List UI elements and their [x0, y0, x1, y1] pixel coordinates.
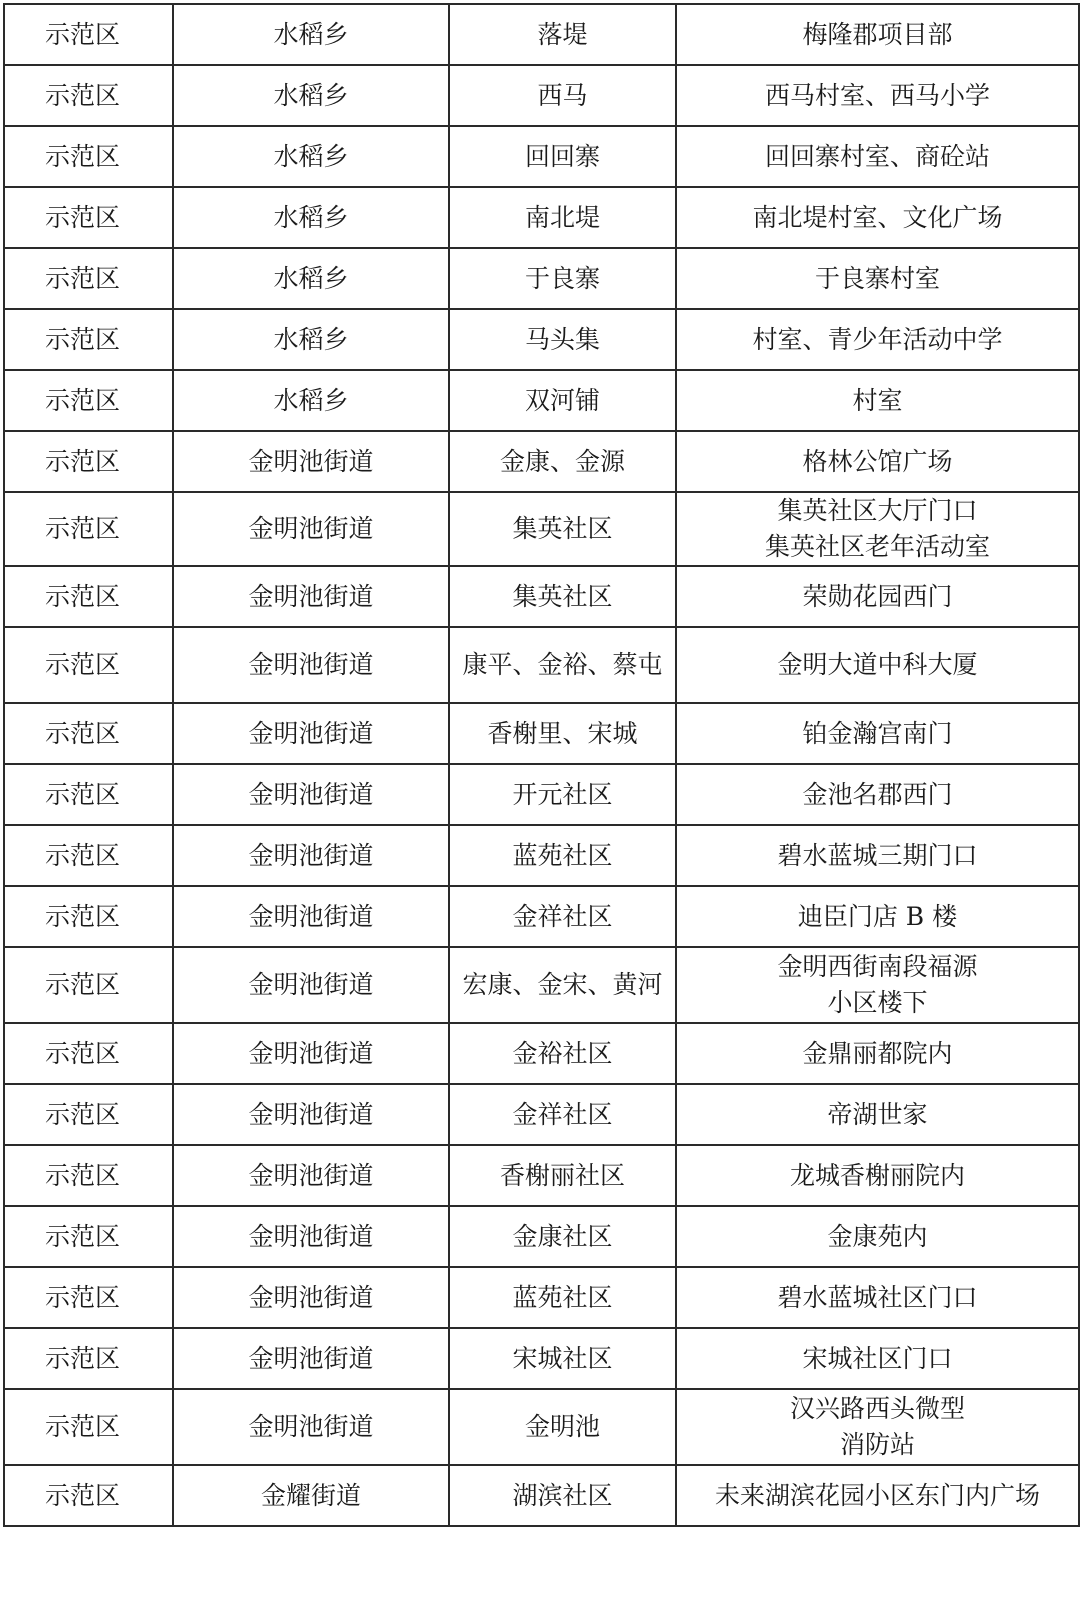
table-row: 示范区水稻乡西马西马村室、西马小学 — [4, 65, 1079, 126]
cell-village: 双河铺 — [449, 370, 676, 431]
cell-location: 金明大道中科大厦 — [676, 627, 1079, 703]
table-row: 示范区金明池街道宋城社区宋城社区门口 — [4, 1328, 1079, 1389]
cell-area: 示范区 — [4, 947, 173, 1023]
cell-area: 示范区 — [4, 492, 173, 566]
table-row: 示范区金明池街道宏康、金宋、黄河金明西街南段福源小区楼下 — [4, 947, 1079, 1023]
table-row: 示范区金耀街道湖滨社区未来湖滨花园小区东门内广场 — [4, 1465, 1079, 1526]
location-line: 金明西街南段福源 — [683, 949, 1072, 985]
cell-village: 于良寨 — [449, 248, 676, 309]
cell-location: 村室、青少年活动中学 — [676, 309, 1079, 370]
cell-town: 金明池街道 — [173, 825, 449, 886]
cell-village: 南北堤 — [449, 187, 676, 248]
cell-town: 金明池街道 — [173, 1023, 449, 1084]
table-row: 示范区金明池街道蓝苑社区碧水蓝城社区门口 — [4, 1267, 1079, 1328]
cell-village: 开元社区 — [449, 764, 676, 825]
cell-town: 金明池街道 — [173, 1084, 449, 1145]
table-row: 示范区金明池街道香榭里、宋城铂金瀚宫南门 — [4, 703, 1079, 764]
location-line: 帝湖世家 — [683, 1097, 1072, 1133]
cell-location: 金康苑内 — [676, 1206, 1079, 1267]
cell-area: 示范区 — [4, 370, 173, 431]
cell-location: 金鼎丽都院内 — [676, 1023, 1079, 1084]
table-body: 示范区水稻乡落堤梅隆郡项目部示范区水稻乡西马西马村室、西马小学示范区水稻乡回回寨… — [4, 4, 1079, 1526]
cell-town: 水稻乡 — [173, 65, 449, 126]
cell-area: 示范区 — [4, 1465, 173, 1526]
cell-town: 金明池街道 — [173, 1389, 449, 1465]
cell-location: 金明西街南段福源小区楼下 — [676, 947, 1079, 1023]
location-line: 回回寨村室、商砼站 — [683, 139, 1072, 175]
location-line: 金明大道中科大厦 — [683, 647, 1072, 683]
location-line: 西马村室、西马小学 — [683, 78, 1072, 114]
location-line: 格林公馆广场 — [683, 444, 1072, 480]
location-line: 迪臣门店 B 楼 — [683, 899, 1072, 935]
location-line: 金鼎丽都院内 — [683, 1036, 1072, 1072]
cell-town: 金明池街道 — [173, 492, 449, 566]
cell-town: 金明池街道 — [173, 1267, 449, 1328]
location-line: 村室、青少年活动中学 — [683, 322, 1072, 358]
cell-area: 示范区 — [4, 627, 173, 703]
table-row: 示范区金明池街道开元社区金池名郡西门 — [4, 764, 1079, 825]
cell-village: 蓝苑社区 — [449, 825, 676, 886]
table-row: 示范区金明池街道香榭丽社区龙城香榭丽院内 — [4, 1145, 1079, 1206]
cell-village: 集英社区 — [449, 566, 676, 627]
cell-town: 水稻乡 — [173, 370, 449, 431]
cell-area: 示范区 — [4, 187, 173, 248]
cell-location: 梅隆郡项目部 — [676, 4, 1079, 65]
cell-area: 示范区 — [4, 703, 173, 764]
cell-village: 回回寨 — [449, 126, 676, 187]
cell-location: 迪臣门店 B 楼 — [676, 886, 1079, 947]
cell-location: 帝湖世家 — [676, 1084, 1079, 1145]
cell-village: 金明池 — [449, 1389, 676, 1465]
cell-area: 示范区 — [4, 764, 173, 825]
location-line: 于良寨村室 — [683, 261, 1072, 297]
cell-location: 格林公馆广场 — [676, 431, 1079, 492]
cell-area: 示范区 — [4, 1328, 173, 1389]
cell-location: 未来湖滨花园小区东门内广场 — [676, 1465, 1079, 1526]
table-row: 示范区水稻乡落堤梅隆郡项目部 — [4, 4, 1079, 65]
table-row: 示范区水稻乡南北堤南北堤村室、文化广场 — [4, 187, 1079, 248]
cell-location: 龙城香榭丽院内 — [676, 1145, 1079, 1206]
cell-town: 金耀街道 — [173, 1465, 449, 1526]
cell-village: 金祥社区 — [449, 1084, 676, 1145]
location-line: 汉兴路西头微型 — [683, 1391, 1072, 1427]
location-line: 金康苑内 — [683, 1219, 1072, 1255]
cell-village: 西马 — [449, 65, 676, 126]
cell-location: 集英社区大厅门口集英社区老年活动室 — [676, 492, 1079, 566]
cell-town: 水稻乡 — [173, 187, 449, 248]
location-line: 村室 — [683, 383, 1072, 419]
cell-location: 回回寨村室、商砼站 — [676, 126, 1079, 187]
cell-location: 南北堤村室、文化广场 — [676, 187, 1079, 248]
table-row: 示范区金明池街道金祥社区帝湖世家 — [4, 1084, 1079, 1145]
cell-area: 示范区 — [4, 1206, 173, 1267]
location-line: 金池名郡西门 — [683, 777, 1072, 813]
cell-village: 马头集 — [449, 309, 676, 370]
cell-area: 示范区 — [4, 1084, 173, 1145]
cell-location: 荣勋花园西门 — [676, 566, 1079, 627]
table-row: 示范区金明池街道金明池汉兴路西头微型消防站 — [4, 1389, 1079, 1465]
cell-town: 水稻乡 — [173, 248, 449, 309]
cell-village: 香榭丽社区 — [449, 1145, 676, 1206]
cell-area: 示范区 — [4, 825, 173, 886]
cell-location: 西马村室、西马小学 — [676, 65, 1079, 126]
cell-area: 示范区 — [4, 1023, 173, 1084]
cell-village: 湖滨社区 — [449, 1465, 676, 1526]
cell-area: 示范区 — [4, 1267, 173, 1328]
table-row: 示范区水稻乡回回寨回回寨村室、商砼站 — [4, 126, 1079, 187]
location-line: 未来湖滨花园小区东门内广场 — [683, 1478, 1072, 1514]
location-line: 集英社区大厅门口 — [683, 493, 1072, 529]
table-row: 示范区金明池街道金康、金源格林公馆广场 — [4, 431, 1079, 492]
cell-village: 集英社区 — [449, 492, 676, 566]
location-line: 小区楼下 — [683, 985, 1072, 1021]
cell-town: 金明池街道 — [173, 1328, 449, 1389]
location-line: 集英社区老年活动室 — [683, 529, 1072, 565]
cell-town: 金明池街道 — [173, 627, 449, 703]
table-row: 示范区水稻乡马头集村室、青少年活动中学 — [4, 309, 1079, 370]
cell-village: 康平、金裕、蔡屯 — [449, 627, 676, 703]
cell-town: 水稻乡 — [173, 126, 449, 187]
cell-area: 示范区 — [4, 248, 173, 309]
location-line: 消防站 — [683, 1427, 1072, 1463]
cell-village: 香榭里、宋城 — [449, 703, 676, 764]
cell-town: 金明池街道 — [173, 703, 449, 764]
table-row: 示范区金明池街道集英社区荣勋花园西门 — [4, 566, 1079, 627]
location-line: 碧水蓝城社区门口 — [683, 1280, 1072, 1316]
cell-village: 落堤 — [449, 4, 676, 65]
cell-town: 金明池街道 — [173, 886, 449, 947]
location-line: 宋城社区门口 — [683, 1341, 1072, 1377]
cell-village: 金祥社区 — [449, 886, 676, 947]
cell-location: 宋城社区门口 — [676, 1328, 1079, 1389]
cell-location: 金池名郡西门 — [676, 764, 1079, 825]
location-line: 梅隆郡项目部 — [683, 17, 1072, 53]
cell-area: 示范区 — [4, 309, 173, 370]
cell-area: 示范区 — [4, 65, 173, 126]
cell-area: 示范区 — [4, 566, 173, 627]
cell-town: 金明池街道 — [173, 1206, 449, 1267]
location-line: 龙城香榭丽院内 — [683, 1158, 1072, 1194]
cell-village: 金裕社区 — [449, 1023, 676, 1084]
cell-village: 蓝苑社区 — [449, 1267, 676, 1328]
cell-location: 铂金瀚宫南门 — [676, 703, 1079, 764]
location-line: 荣勋花园西门 — [683, 579, 1072, 615]
cell-area: 示范区 — [4, 431, 173, 492]
cell-area: 示范区 — [4, 1145, 173, 1206]
cell-location: 汉兴路西头微型消防站 — [676, 1389, 1079, 1465]
cell-town: 水稻乡 — [173, 4, 449, 65]
cell-village: 宋城社区 — [449, 1328, 676, 1389]
cell-town: 水稻乡 — [173, 309, 449, 370]
cell-location: 碧水蓝城三期门口 — [676, 825, 1079, 886]
table-row: 示范区金明池街道金康社区金康苑内 — [4, 1206, 1079, 1267]
table-row: 示范区水稻乡于良寨于良寨村室 — [4, 248, 1079, 309]
cell-town: 金明池街道 — [173, 431, 449, 492]
location-line: 铂金瀚宫南门 — [683, 716, 1072, 752]
cell-village: 宏康、金宋、黄河 — [449, 947, 676, 1023]
cell-area: 示范区 — [4, 4, 173, 65]
cell-location: 于良寨村室 — [676, 248, 1079, 309]
cell-town: 金明池街道 — [173, 764, 449, 825]
table-row: 示范区金明池街道金祥社区迪臣门店 B 楼 — [4, 886, 1079, 947]
cell-town: 金明池街道 — [173, 947, 449, 1023]
location-line: 碧水蓝城三期门口 — [683, 838, 1072, 874]
cell-location: 村室 — [676, 370, 1079, 431]
location-table: 示范区水稻乡落堤梅隆郡项目部示范区水稻乡西马西马村室、西马小学示范区水稻乡回回寨… — [3, 3, 1080, 1527]
table-row: 示范区金明池街道康平、金裕、蔡屯金明大道中科大厦 — [4, 627, 1079, 703]
cell-area: 示范区 — [4, 126, 173, 187]
cell-location: 碧水蓝城社区门口 — [676, 1267, 1079, 1328]
cell-village: 金康、金源 — [449, 431, 676, 492]
cell-area: 示范区 — [4, 1389, 173, 1465]
cell-town: 金明池街道 — [173, 1145, 449, 1206]
cell-area: 示范区 — [4, 886, 173, 947]
table-row: 示范区金明池街道集英社区集英社区大厅门口集英社区老年活动室 — [4, 492, 1079, 566]
table-row: 示范区金明池街道蓝苑社区碧水蓝城三期门口 — [4, 825, 1079, 886]
cell-town: 金明池街道 — [173, 566, 449, 627]
cell-village: 金康社区 — [449, 1206, 676, 1267]
table-row: 示范区水稻乡双河铺村室 — [4, 370, 1079, 431]
table-row: 示范区金明池街道金裕社区金鼎丽都院内 — [4, 1023, 1079, 1084]
location-line: 南北堤村室、文化广场 — [683, 200, 1072, 236]
